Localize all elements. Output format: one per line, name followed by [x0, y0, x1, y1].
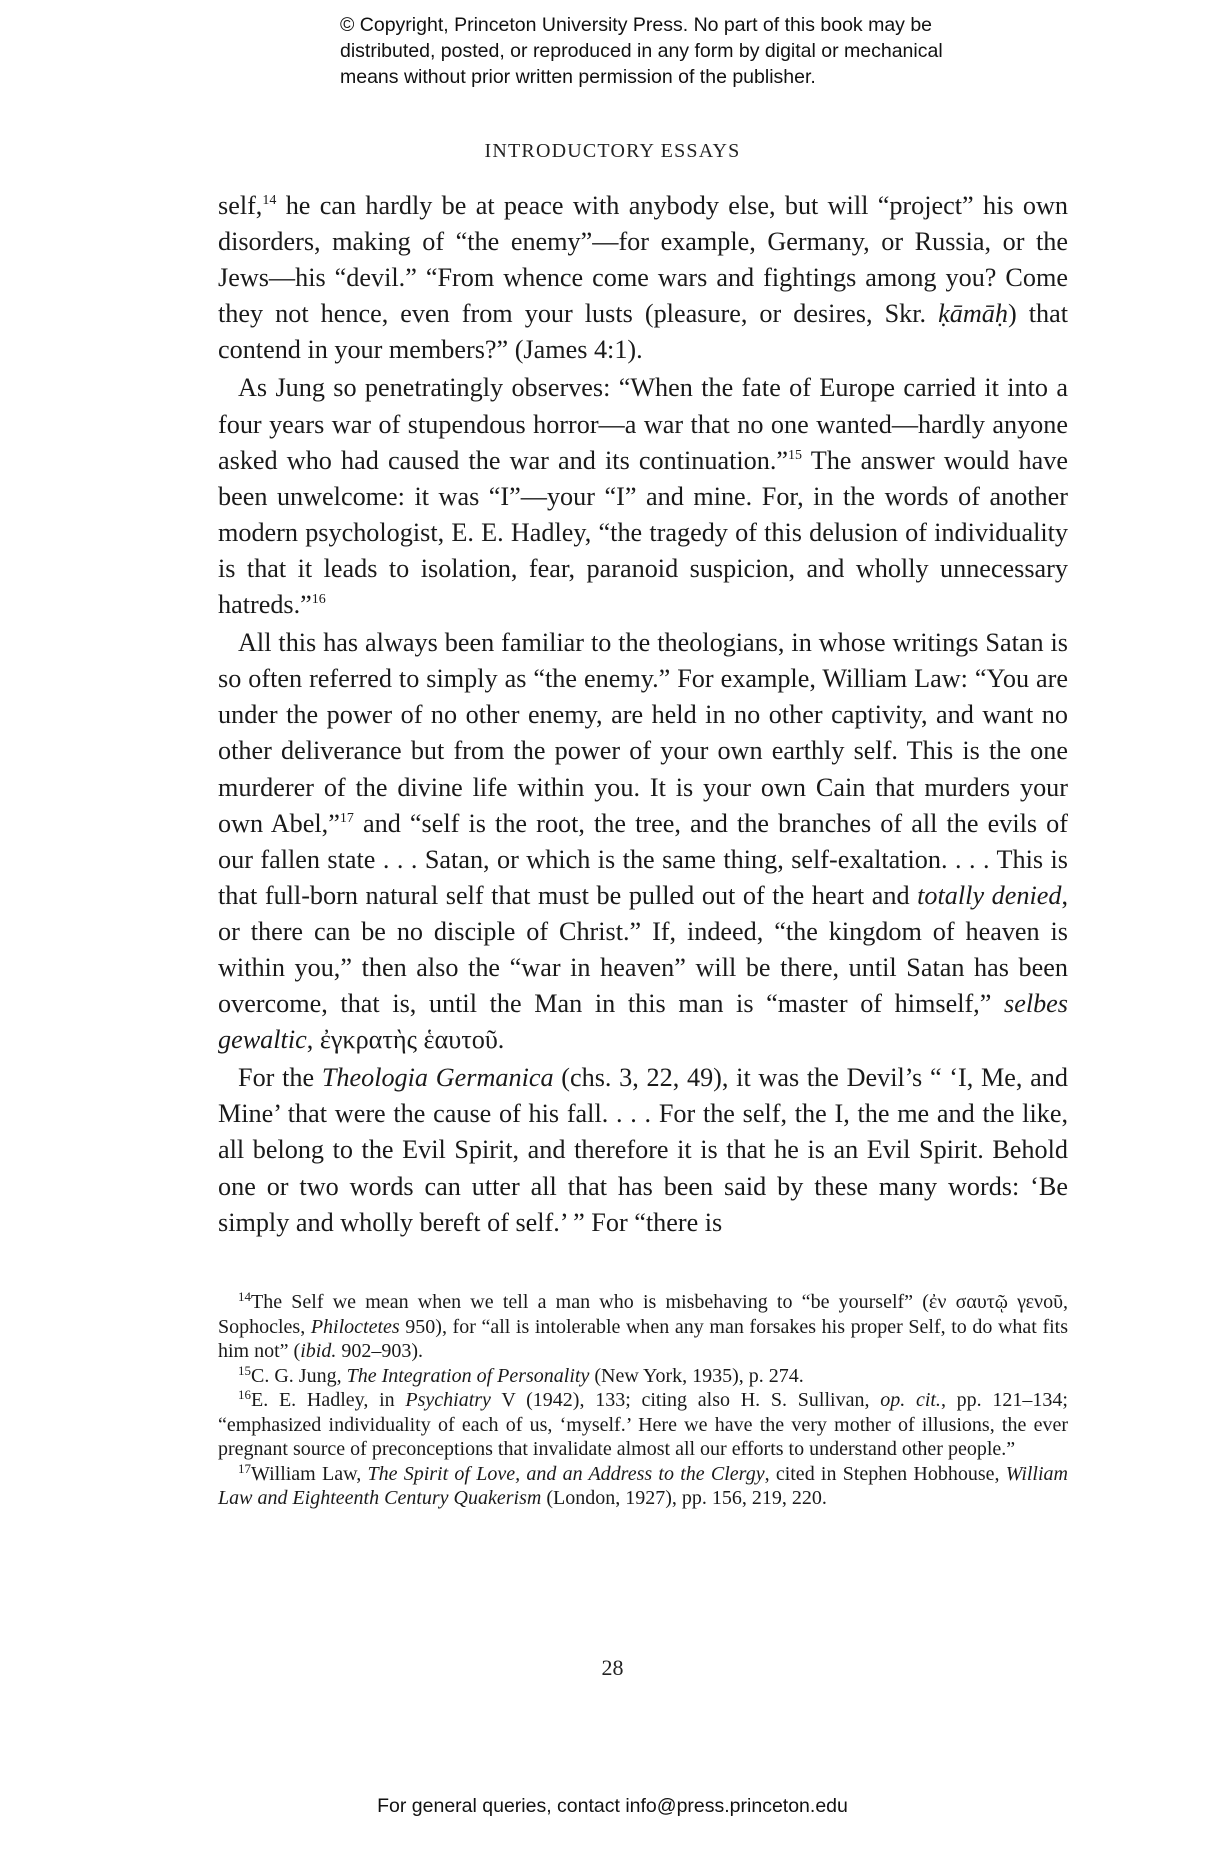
- footnotes: 14The Self we mean when we tell a man wh…: [218, 1290, 1068, 1511]
- footnote-14: 14The Self we mean when we tell a man wh…: [218, 1290, 1068, 1364]
- page-number: 28: [0, 1655, 1225, 1681]
- copyright-notice: © Copyright, Princeton University Press.…: [340, 12, 980, 90]
- footnote-ref[interactable]: 15: [788, 448, 802, 463]
- copyright-line: distributed, posted, or reproduced in an…: [340, 38, 980, 64]
- footnote-ref[interactable]: 16: [312, 592, 326, 607]
- paragraph: For the Theologia Germanica (chs. 3, 22,…: [218, 1060, 1068, 1240]
- footnote-ref[interactable]: 14: [262, 193, 276, 208]
- footnote-ref[interactable]: 17: [340, 811, 354, 826]
- body-text: self,14 he can hardly be at peace with a…: [218, 188, 1068, 1241]
- paragraph: self,14 he can hardly be at peace with a…: [218, 188, 1068, 368]
- footer-contact: For general queries, contact info@press.…: [0, 1795, 1225, 1818]
- footnote-15: 15C. G. Jung, The Integration of Persona…: [218, 1364, 1068, 1389]
- copyright-line: means without prior written permission o…: [340, 64, 980, 90]
- running-head: INTRODUCTORY ESSAYS: [0, 140, 1225, 163]
- paragraph: All this has always been familiar to the…: [218, 625, 1068, 1058]
- paragraph: As Jung so penetratingly observes: “When…: [218, 370, 1068, 623]
- footnote-16: 16E. E. Hadley, in Psychiatry V (1942), …: [218, 1388, 1068, 1462]
- copyright-line: © Copyright, Princeton University Press.…: [340, 12, 980, 38]
- footnote-17: 17William Law, The Spirit of Love, and a…: [218, 1462, 1068, 1511]
